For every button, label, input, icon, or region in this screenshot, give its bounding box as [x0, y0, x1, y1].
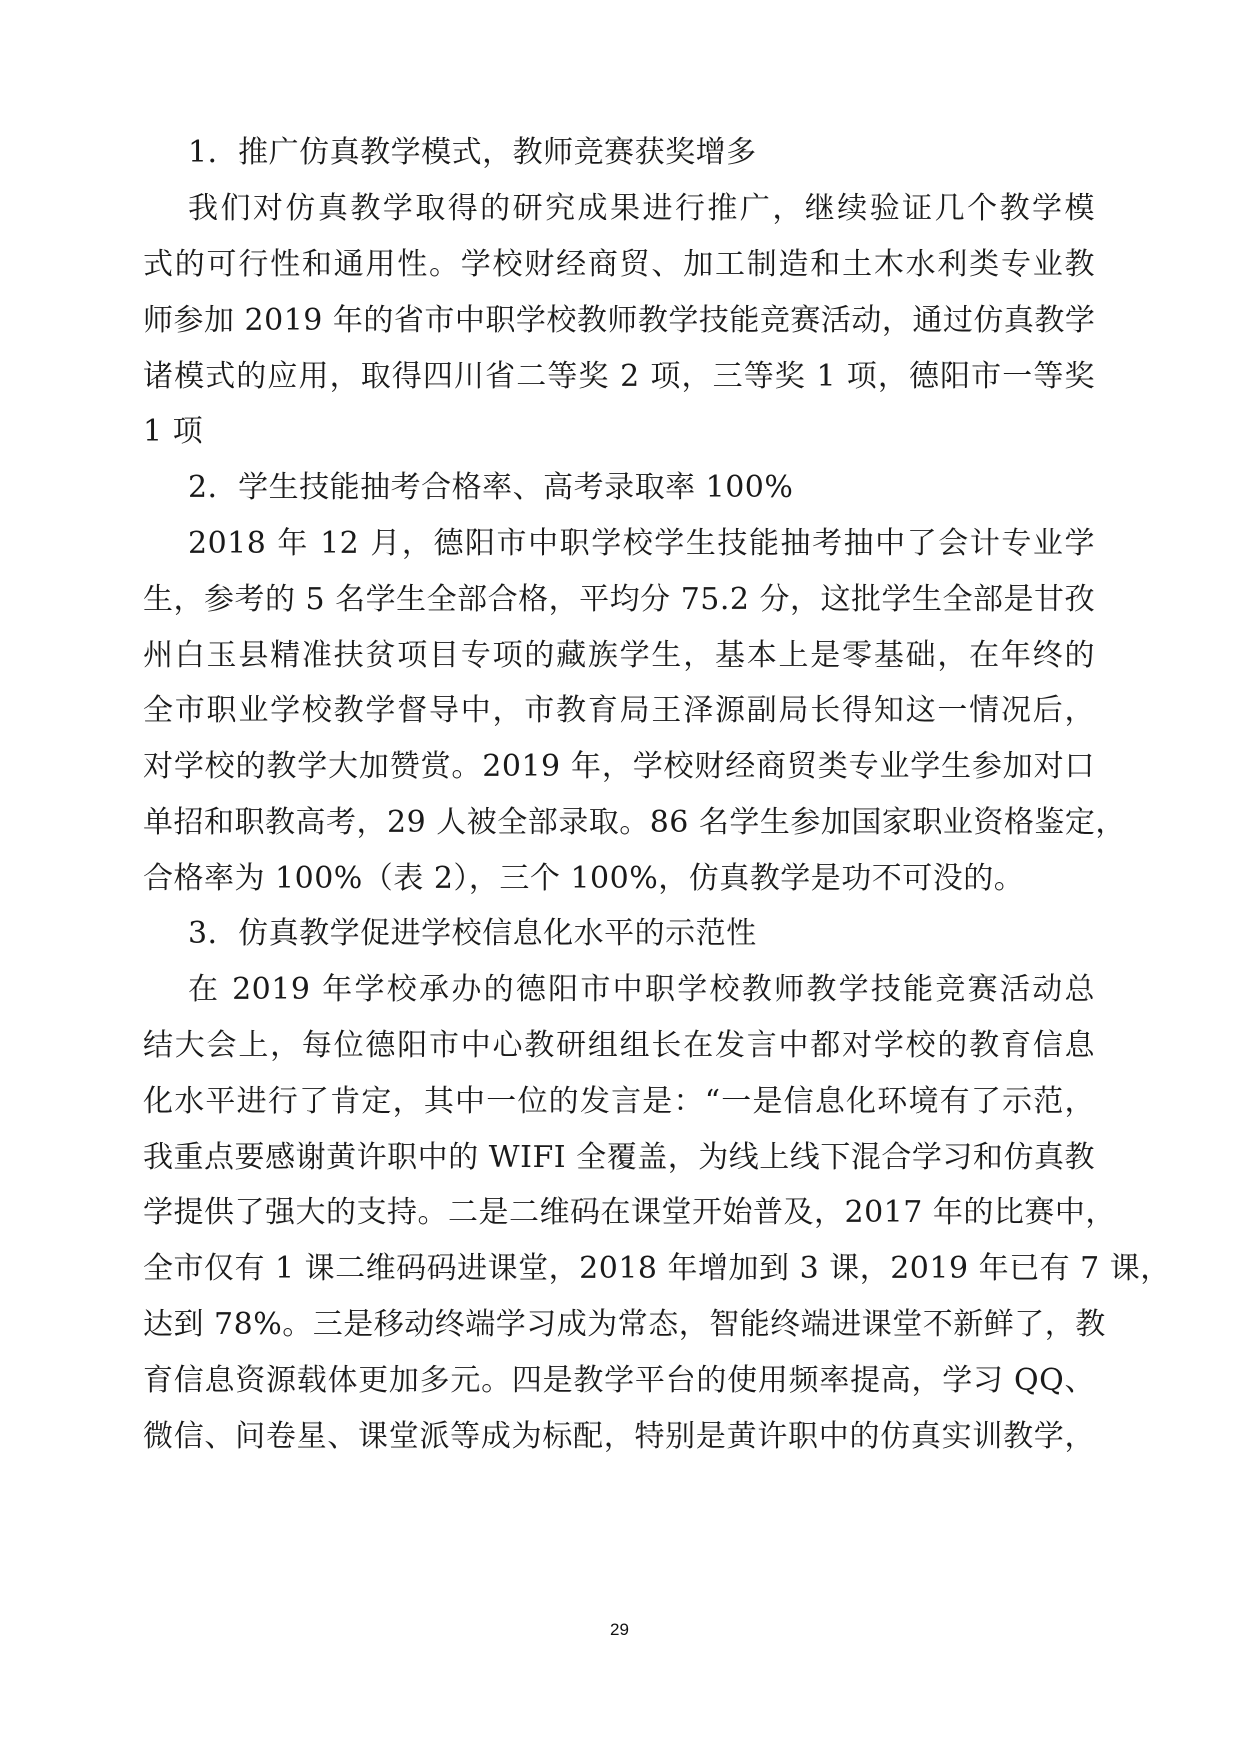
paragraph-line: 师参加 2019 年的省市中职学校教师教学技能竞赛活动，通过仿真教学 — [143, 301, 1095, 341]
paragraph-line: 全市职业学校教学督导中，市教育局王泽源副局长得知这一情况后， — [143, 691, 1095, 731]
paragraph-line: 单招和职教高考，29 人被全部录取。86 名学生参加国家职业资格鉴定， — [143, 803, 1095, 843]
paragraph-line: 化水平进行了肯定，其中一位的发言是：“一是信息化环境有了示范， — [143, 1082, 1095, 1122]
paragraph-line: 结大会上，每位德阳市中心教研组组长在发言中都对学校的教育信息 — [143, 1026, 1095, 1066]
paragraph-line: 我们对仿真教学取得的研究成果进行推广，继续验证几个教学模 — [188, 189, 1095, 229]
paragraph-line: 州白玉县精准扶贫项目专项的藏族学生，基本上是零基础，在年终的 — [143, 636, 1095, 676]
paragraph-line: 式的可行性和通用性。学校财经商贸、加工制造和土木水利类专业教 — [143, 245, 1095, 285]
section-heading-2: 2．学生技能抽考合格率、高考录取率 100% — [188, 468, 1095, 508]
paragraph-line: 对学校的教学大加赞赏。2019 年，学校财经商贸类专业学生参加对口 — [143, 747, 1095, 787]
paragraph-line: 全市仅有 1 课二维码码进课堂，2018 年增加到 3 课，2019 年已有 7… — [143, 1249, 1095, 1289]
page-number: 29 — [0, 1620, 1239, 1640]
paragraph-line: 2018 年 12 月，德阳市中职学校学生技能抽考抽中了会计专业学 — [188, 524, 1095, 564]
section-heading-3: 3．仿真教学促进学校信息化水平的示范性 — [188, 914, 1095, 954]
paragraph-line: 微信、问卷星、课堂派等成为标配，特别是黄许职中的仿真实训教学， — [143, 1417, 1095, 1457]
paragraph-line: 我重点要感谢黄许职中的 WIFI 全覆盖，为线上线下混合学习和仿真教 — [143, 1138, 1095, 1178]
paragraph-line: 学提供了强大的支持。二是二维码在课堂开始普及，2017 年的比赛中， — [143, 1193, 1095, 1233]
paragraph-line: 诸模式的应用，取得四川省二等奖 2 项，三等奖 1 项，德阳市一等奖 — [143, 357, 1095, 397]
paragraph-line: 育信息资源载体更加多元。四是教学平台的使用频率提高，学习 QQ、 — [143, 1361, 1095, 1401]
section-heading-1: 1．推广仿真教学模式，教师竞赛获奖增多 — [188, 133, 1095, 173]
paragraph-line: 在 2019 年学校承办的德阳市中职学校教师教学技能竞赛活动总 — [188, 970, 1095, 1010]
paragraph-line: 达到 78%。三是移动终端学习成为常态，智能终端进课堂不新鲜了，教 — [143, 1305, 1095, 1345]
paragraph-line: 合格率为 100%（表 2），三个 100%，仿真教学是功不可没的。 — [143, 859, 1095, 899]
paragraph-line: 生，参考的 5 名学生全部合格，平均分 75.2 分，这批学生全部是甘孜 — [143, 580, 1095, 620]
paragraph-line: 1 项 — [143, 412, 1095, 452]
document-page: 1．推广仿真教学模式，教师竞赛获奖增多 我们对仿真教学取得的研究成果进行推广，继… — [0, 0, 1239, 1754]
